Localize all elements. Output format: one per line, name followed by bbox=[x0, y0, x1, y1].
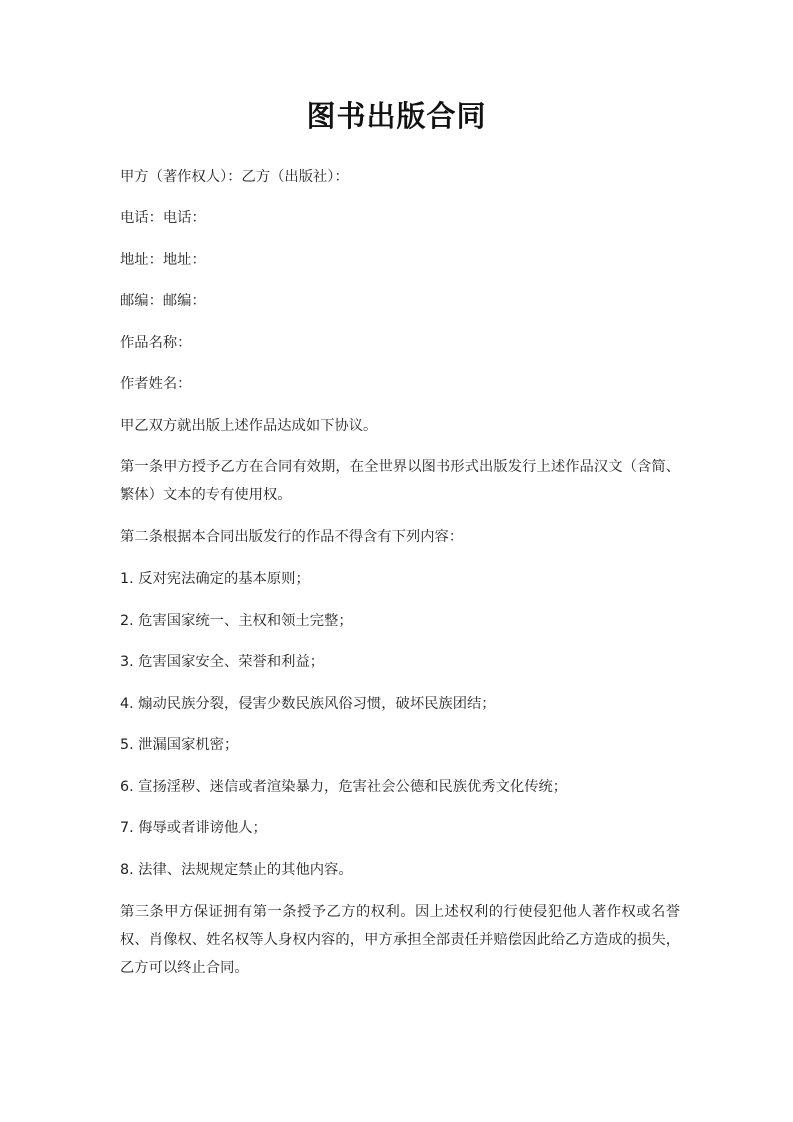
phone-line: 电话：电话： bbox=[120, 204, 680, 232]
list-item-4: 4. 煽动民族分裂，侵害少数民族风俗习惯，破坏民族团结； bbox=[120, 690, 680, 718]
article-1: 第一条甲方授予乙方在合同有效期，在全世界以图书形式出版发行上述作品汉文（含简、繁… bbox=[120, 453, 680, 509]
list-item-2: 2. 危害国家统一、主权和领土完整； bbox=[120, 607, 680, 635]
agreement-intro: 甲乙双方就出版上述作品达成如下协议。 bbox=[120, 412, 680, 440]
author-name-line: 作者姓名： bbox=[120, 370, 680, 398]
document-title: 图书出版合同 bbox=[0, 94, 793, 135]
work-title-line: 作品名称： bbox=[120, 329, 680, 357]
list-item-7: 7. 侮辱或者诽谤他人； bbox=[120, 814, 680, 842]
list-item-8: 8. 法律、法规规定禁止的其他内容。 bbox=[120, 856, 680, 884]
list-item-1: 1. 反对宪法确定的基本原则； bbox=[120, 565, 680, 593]
list-item-5: 5. 泄漏国家机密； bbox=[120, 731, 680, 759]
article-3: 第三条甲方保证拥有第一条授予乙方的权利。因上述权利的行使侵犯他人著作权或名誉权、… bbox=[120, 898, 680, 982]
article-2: 第二条根据本合同出版发行的作品不得含有下列内容： bbox=[120, 523, 680, 551]
list-item-6: 6. 宣扬淫秽、迷信或者渲染暴力，危害社会公德和民族优秀文化传统； bbox=[120, 773, 680, 801]
parties-line: 甲方（著作权人）：乙方（出版社）： bbox=[120, 163, 680, 191]
list-item-3: 3. 危害国家安全、荣誉和利益； bbox=[120, 648, 680, 676]
address-line: 地址：地址： bbox=[120, 246, 680, 274]
postcode-line: 邮编：邮编： bbox=[120, 287, 680, 315]
document-page: 图书出版合同 甲方（著作权人）：乙方（出版社）： 电话：电话： 地址：地址： 邮… bbox=[0, 0, 793, 1122]
